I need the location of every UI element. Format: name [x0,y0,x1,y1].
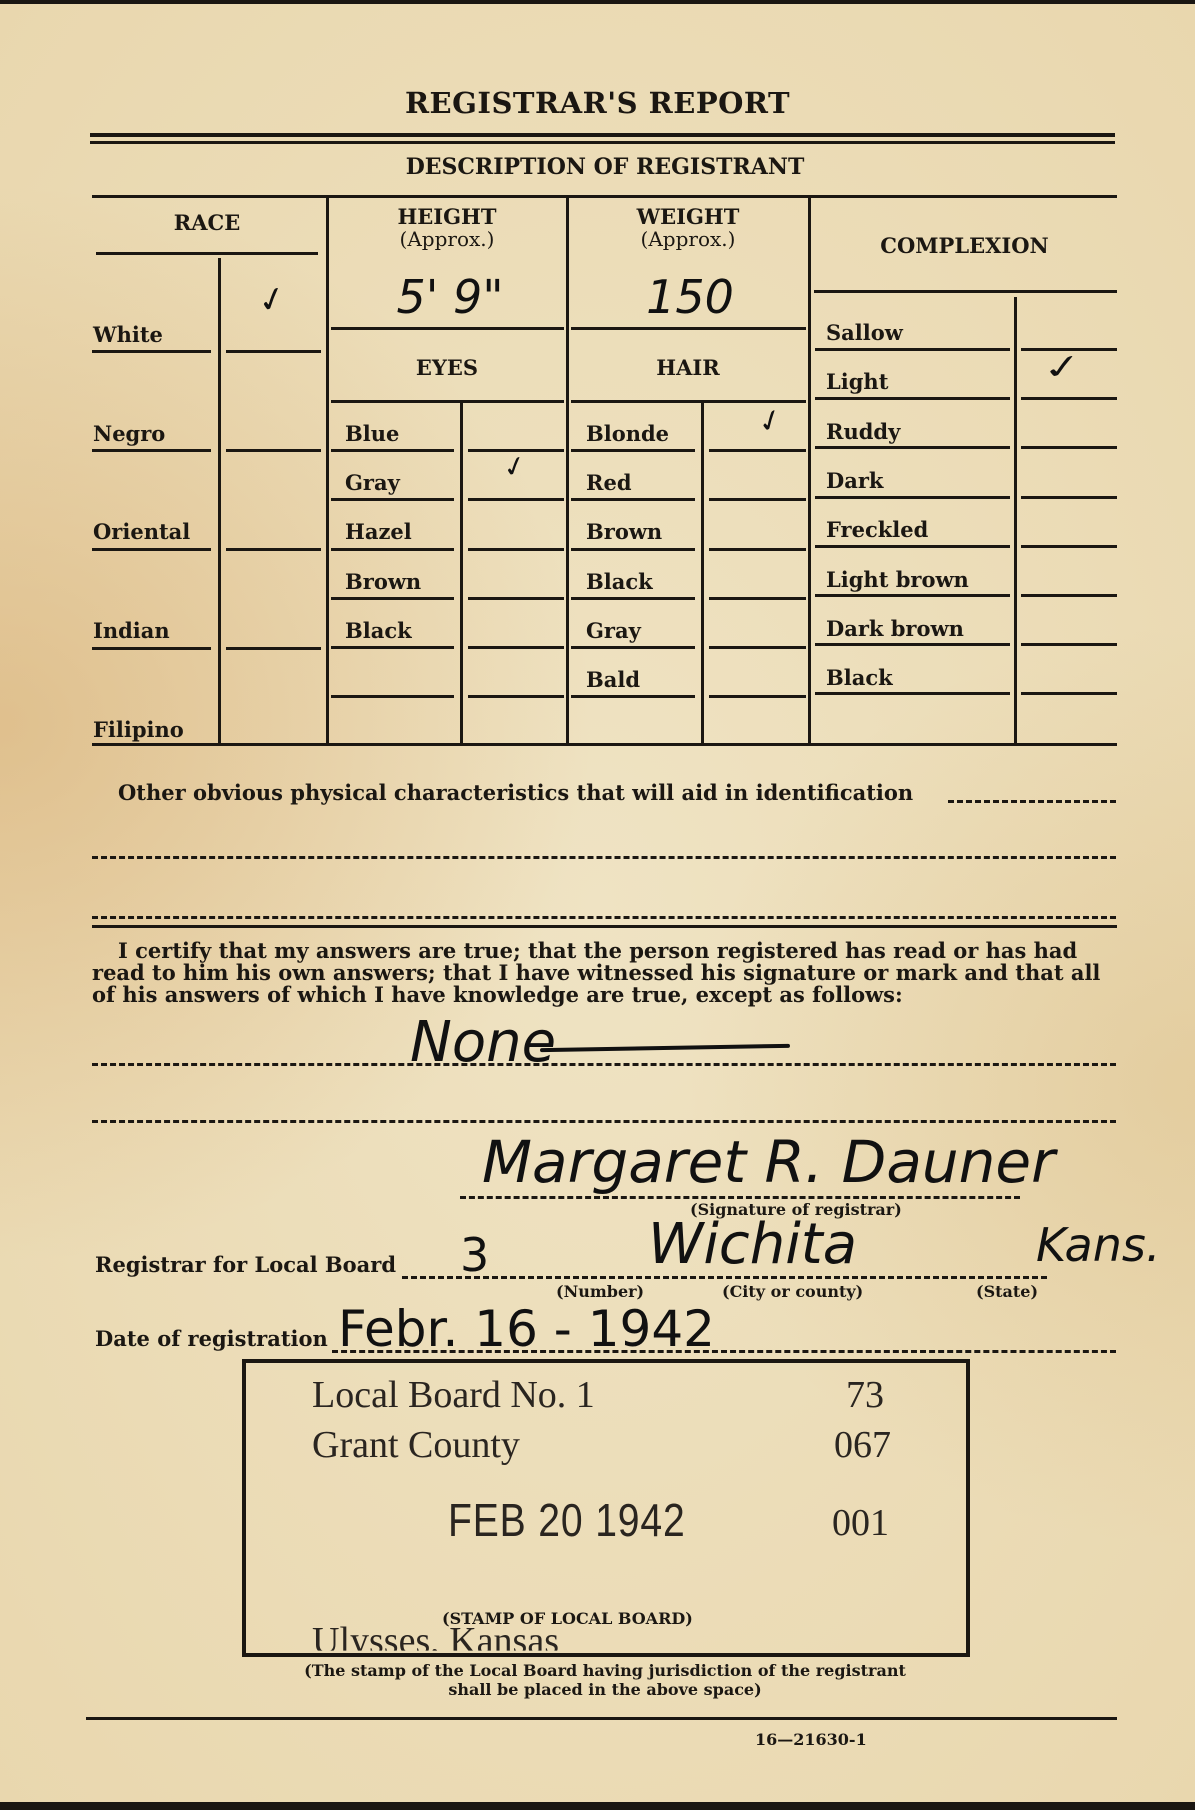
race-white-check-icon: ✓ [253,277,291,323]
complexion-row-rule [815,643,1010,646]
complexion-check-rule [1021,496,1117,499]
complexion-row-rule [815,496,1010,499]
eyes-check-rule [468,498,564,501]
other-characteristics-label: Other obvious physical characteristics t… [118,782,913,804]
race-check-rule [226,449,321,452]
col-divider-height [566,198,569,743]
hair-check-rule [709,646,806,649]
title-rule-bottom [90,141,1115,144]
hair-option-bald: Bald [586,667,640,692]
complexion-option-dark: Dark [826,468,883,493]
race-row-rule [92,449,211,452]
hair-check-rule [709,597,806,600]
race-option-oriental: Oriental [93,519,190,544]
eyes-check-rule [468,597,564,600]
local-board-line[interactable] [402,1276,1047,1279]
complexion-check-rule [1021,545,1117,548]
complexion-check-rule [1021,643,1117,646]
race-check-rule [226,647,321,650]
race-header: RACE [92,212,322,234]
weight-value-rule [571,327,806,330]
stamp-instruction-line-1: (The stamp of the Local Board having jur… [0,1661,1195,1680]
complexion-row-rule [815,348,1010,351]
race-check-rule [226,350,321,353]
city-caption: (City or county) [722,1282,863,1301]
stamp-date-code: 001 [832,1501,889,1545]
complexion-option-black: Black [826,665,893,690]
eyes-row-rule [331,597,454,600]
stamp-location: Ulysses, Kansas [312,1619,559,1663]
hair-row-rule [571,597,695,600]
complexion-row-rule [815,692,1010,695]
number-caption: (Number) [556,1282,644,1301]
complexion-row-rule [815,545,1010,548]
local-board-label: Registrar for Local Board [95,1254,396,1276]
footer-rule [86,1717,1117,1720]
scan-edge-top [0,0,1195,4]
registrars-report-card: REGISTRAR'S REPORT DESCRIPTION OF REGIST… [0,0,1195,1810]
complexion-option-ruddy: Ruddy [826,419,900,444]
race-row-rule [92,647,211,650]
section-title: DESCRIPTION OF REGISTRANT [0,154,1195,180]
height-value: 5' 9" [340,270,560,324]
scan-edge-bottom [0,1802,1195,1810]
complexion-check-rule [1021,348,1117,351]
eyes-header-rule [331,400,564,403]
hair-header: HAIR [570,357,806,379]
date-of-registration-line[interactable] [332,1350,1116,1353]
race-option-filipino: Filipino [93,717,184,742]
weight-header-label: WEIGHT [570,206,806,228]
weight-value: 150 [580,270,800,324]
complexion-header-rule [814,290,1117,293]
exceptions-flourish [540,1044,790,1052]
col-divider-race [326,198,329,743]
local-board-stamp: Local Board No. 1 73 Grant County 067 FE… [242,1359,970,1657]
stamp-board-code: 73 [846,1373,884,1417]
hair-option-red: Red [586,470,632,495]
race-row-rule [92,350,211,353]
eyes-option-brown: Brown [345,569,421,594]
eyes-row-rule [331,646,454,649]
eyes-row-rule [331,695,454,698]
stamp-date: FEB 20 1942 [448,1493,686,1547]
race-option-indian: Indian [93,618,170,643]
complexion-check-rule [1021,594,1117,597]
complexion-option-freckled: Freckled [826,517,928,542]
signature-line[interactable] [460,1196,1020,1199]
table-bottom-rule [92,743,1117,746]
race-option-negro: Negro [93,421,165,446]
hair-option-blonde: Blonde [586,421,669,446]
complexion-option-light-brown: Light brown [826,567,969,592]
hair-row-rule [571,646,695,649]
hair-row-rule [571,449,695,452]
eyes-row-rule [331,449,454,452]
hair-blonde-check-icon: ✓ [753,401,789,442]
race-check-divider [218,258,221,743]
eyes-header: EYES [330,357,564,379]
registrar-signature: Margaret R. Dauner [482,1128,1055,1196]
eyes-option-gray: Gray [345,470,400,495]
stamp-instruction: (The stamp of the Local Board having jur… [0,1661,1195,1699]
hair-row-rule [571,548,695,551]
complexion-option-dark-brown: Dark brown [826,616,964,641]
complexion-check-rule [1021,397,1117,400]
hair-option-brown: Brown [586,519,662,544]
complexion-row-rule [815,446,1010,449]
weight-header-sub: (Approx.) [570,228,806,250]
state-caption: (State) [976,1282,1038,1301]
eyes-check-rule [468,646,564,649]
stamp-instruction-line-2: shall be placed in the above space) [0,1680,1195,1699]
col-divider-weight [808,198,811,743]
eyes-check-rule [468,695,564,698]
complexion-light-check-icon: ✓ [1039,346,1086,389]
hair-check-rule [709,695,806,698]
stamp-board-line: Local Board No. 1 [312,1373,595,1417]
hair-row-rule [571,695,695,698]
race-option-white: White [93,322,163,347]
complexion-check-rule [1021,446,1117,449]
eyes-check-divider [460,403,463,743]
complexion-row-rule [815,594,1010,597]
characteristics-bottom-rule [92,925,1117,928]
race-header-rule [96,252,318,255]
hair-option-black: Black [586,569,653,594]
height-header-label: HEIGHT [330,206,564,228]
eyes-gray-check-icon: ✓ [499,448,530,486]
hair-check-divider [701,403,704,743]
eyes-row-rule [331,548,454,551]
complexion-row-rule [815,397,1010,400]
board-city-value: Wichita [648,1212,857,1277]
eyes-check-rule [468,548,564,551]
stamp-county-line: Grant County [312,1423,520,1467]
weight-header: WEIGHT (Approx.) [570,206,806,250]
board-number-value: 3 [460,1228,489,1282]
eyes-option-blue: Blue [345,421,399,446]
eyes-option-black: Black [345,618,412,643]
complexion-header: COMPLEXION [812,235,1117,257]
other-characteristics-line-1[interactable] [948,800,1116,803]
hair-check-rule [709,449,806,452]
hair-row-rule [571,498,695,501]
hair-check-rule [709,548,806,551]
date-of-registration-label: Date of registration [95,1328,328,1350]
complexion-option-light: Light [826,369,888,394]
height-header-sub: (Approx.) [330,228,564,250]
stamp-county-code: 067 [834,1423,891,1467]
complexion-check-rule [1021,692,1117,695]
certification-text: I certify that my answers are true; that… [92,940,1122,1006]
hair-option-gray: Gray [586,618,641,643]
eyes-option-hazel: Hazel [345,519,412,544]
height-value-rule [331,327,564,330]
race-check-rule [226,548,321,551]
title-rule-top [90,133,1115,137]
other-characteristics-line-3[interactable] [92,916,1116,919]
document-title: REGISTRAR'S REPORT [0,86,1195,120]
height-header: HEIGHT (Approx.) [330,206,564,250]
eyes-row-rule [331,498,454,501]
board-state-value: Kans. [1036,1218,1160,1272]
exceptions-line-2[interactable] [92,1120,1116,1123]
form-number: 16—21630-1 [755,1730,867,1749]
complexion-option-sallow: Sallow [826,320,903,345]
other-characteristics-line-2[interactable] [92,856,1116,859]
eyes-check-rule [468,449,564,452]
exceptions-line-1[interactable] [92,1063,1116,1066]
complexion-check-divider [1014,297,1017,743]
table-top-rule [92,195,1117,198]
race-row-rule [92,548,211,551]
hair-check-rule [709,498,806,501]
